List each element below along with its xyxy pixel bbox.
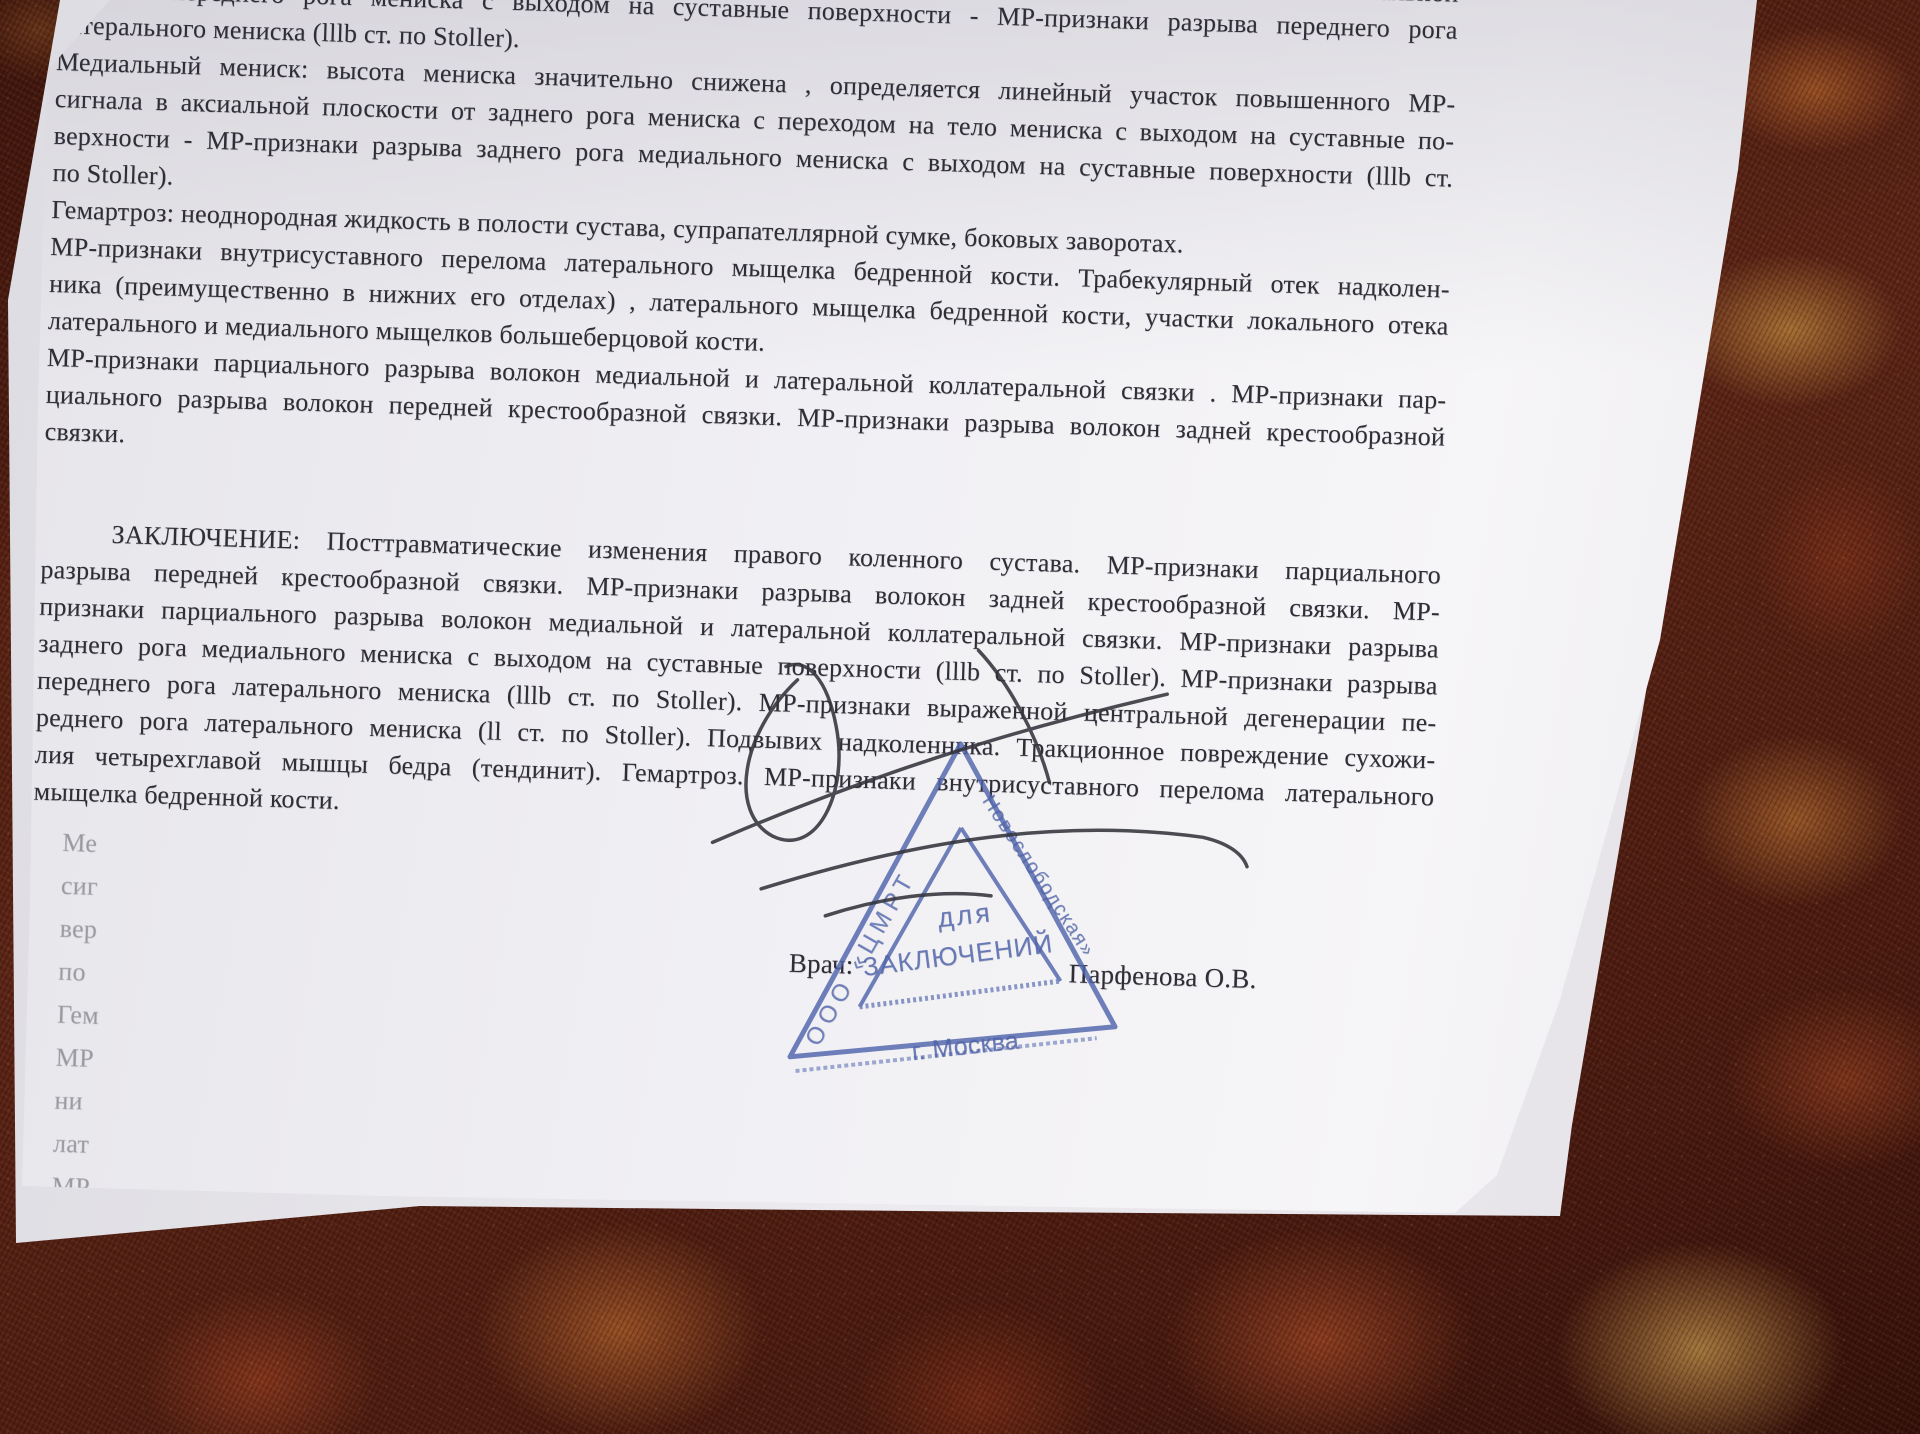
ghost-text-fragment: Гем	[56, 992, 99, 1036]
ghost-text-fragment: лат	[52, 1121, 95, 1165]
ghost-text-fragment: ни	[54, 1078, 97, 1122]
ghost-text-fragment: сиг	[60, 863, 103, 907]
stamp-city: г. Москва	[910, 1026, 1020, 1066]
ghost-text-column: Ме сиг вер по Гем МР ни лат МР	[51, 821, 105, 1209]
ghost-text-fragment: вер	[59, 906, 102, 950]
signature-ink-icon	[637, 580, 1330, 1041]
document-text-block: ный участок повышенного МР-сигнала в акс…	[33, 0, 1459, 852]
ghost-text-fragment: по	[58, 949, 101, 993]
findings-paragraph: ный участок повышенного МР-сигнала в акс…	[44, 0, 1459, 493]
photo-scene: ный участок повышенного МР-сигнала в акс…	[0, 0, 1920, 1434]
ghost-text-fragment: Ме	[62, 821, 105, 865]
ghost-text-fragment: МР	[55, 1035, 98, 1079]
